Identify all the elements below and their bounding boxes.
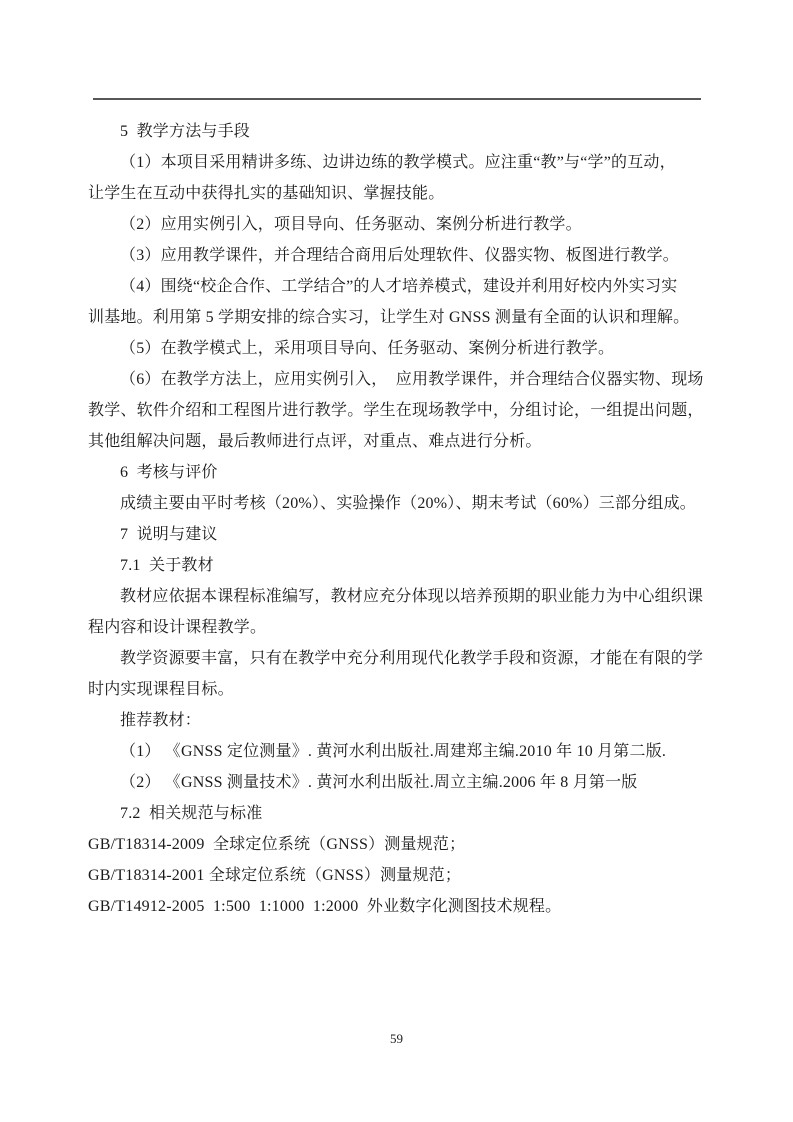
text-line: （5）在教学模式上，采用项目导向、任务驱动、案例分析进行教学。 xyxy=(88,333,702,364)
text-line: 让学生在互动中获得扎实的基础知识、掌握技能。 xyxy=(88,178,702,209)
text-line: 7.1 关于教材 xyxy=(88,550,702,581)
text-line: （2）应用实例引入，项目导向、任务驱动、案例分析进行教学。 xyxy=(88,209,702,240)
text-line: （4）围绕“校企合作、工学结合”的人才培养模式，建设并利用好校内外实习实 xyxy=(88,271,702,302)
document-page: 5 教学方法与手段（1）本项目采用精讲多练、边讲边练的教学模式。应注重“教”与“… xyxy=(0,0,793,1122)
text-line: 教材应依据本课程标准编写，教材应充分体现以培养预期的职业能力为中心组织课 xyxy=(88,581,702,612)
text-line: GB/T18314-2009 全球定位系统（GNSS）测量规范； xyxy=(88,829,702,860)
text-line: 教学资源要丰富，只有在教学中充分利用现代化教学手段和资源，才能在有限的学 xyxy=(88,643,702,674)
text-line: 7.2 相关规范与标准 xyxy=(88,798,702,829)
text-line: 教学、软件介绍和工程图片进行教学。学生在现场教学中，分组讨论，一组提出问题， xyxy=(88,395,702,426)
page-number: 59 xyxy=(0,1031,793,1047)
text-line: GB/T14912-2005 1:500 1:1000 1:2000 外业数字化… xyxy=(88,891,702,922)
text-line: 6 考核与评价 xyxy=(88,457,702,488)
text-line: 其他组解决问题，最后教师进行点评，对重点、难点进行分析。 xyxy=(88,426,702,457)
text-line: 7 说明与建议 xyxy=(88,519,702,550)
text-line: 5 教学方法与手段 xyxy=(88,116,702,147)
text-line: 成绩主要由平时考核（20%）、实验操作（20%）、期末考试（60%）三部分组成。 xyxy=(88,488,702,519)
text-line: 推荐教材： xyxy=(88,705,702,736)
text-line: （1） 《GNSS 定位测量》. 黄河水利出版社.周建郑主编.2010 年 10… xyxy=(88,736,702,767)
text-line: 时内实现课程目标。 xyxy=(88,674,702,705)
text-line: （6）在教学方法上，应用实例引入， 应用教学课件，并合理结合仪器实物、现场 xyxy=(88,364,702,395)
text-line: （1）本项目采用精讲多练、边讲边练的教学模式。应注重“教”与“学”的互动， xyxy=(88,147,702,178)
text-line: （2） 《GNSS 测量技术》. 黄河水利出版社.周立主编.2006 年 8 月… xyxy=(88,767,702,798)
text-line: 训基地。利用第 5 学期安排的综合实习，让学生对 GNSS 测量有全面的认识和理… xyxy=(88,302,702,333)
text-line: 程内容和设计课程教学。 xyxy=(88,612,702,643)
document-body: 5 教学方法与手段（1）本项目采用精讲多练、边讲边练的教学模式。应注重“教”与“… xyxy=(88,116,702,922)
text-line: GB/T18314-2001 全球定位系统（GNSS）测量规范； xyxy=(88,860,702,891)
text-line: （3）应用教学课件，并合理结合商用后处理软件、仪器实物、板图进行教学。 xyxy=(88,240,702,271)
header-rule xyxy=(93,98,701,100)
